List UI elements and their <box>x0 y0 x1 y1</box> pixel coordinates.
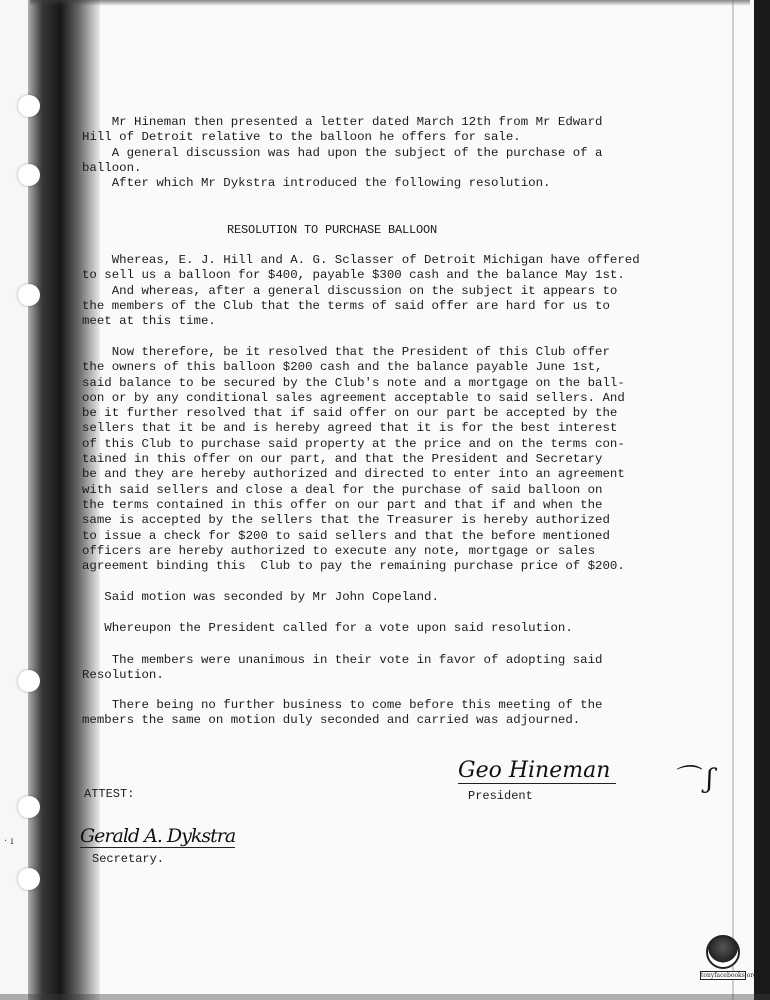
margin-mark: · ı <box>4 836 14 847</box>
punch-hole <box>18 95 40 117</box>
paragraph-resolved: Now therefore, be it resolved that the P… <box>82 345 682 574</box>
secretary-signature: Gerald A. Dykstra <box>80 825 235 848</box>
document-page: · ı Mr Hineman then presented a letter d… <box>0 0 770 1000</box>
paragraph-letter: Mr Hineman then presented a letter dated… <box>82 115 682 191</box>
secretary-label: Secretary. <box>92 852 164 866</box>
paragraph-vote-call: Whereupon the President called for a vot… <box>82 621 682 636</box>
president-signature: Geo Hineman <box>458 758 616 784</box>
paragraph-seconded: Said motion was seconded by Mr John Cope… <box>82 590 682 605</box>
paragraph-unanimous: The members were unanimous in their vote… <box>82 653 682 684</box>
top-edge <box>30 0 750 6</box>
president-label: President <box>468 789 533 803</box>
watermark-logo: tonyfacebooks.org <box>700 935 744 990</box>
balloon-icon <box>706 935 740 969</box>
paragraph-whereas: Whereas, E. J. Hill and A. G. Sclasser o… <box>82 253 682 329</box>
punch-hole <box>18 164 40 186</box>
right-page-edge <box>732 0 734 1000</box>
resolution-heading: RESOLUTION TO PURCHASE BALLOON <box>227 223 437 237</box>
attest-label: ATTEST: <box>84 787 134 801</box>
bottom-edge <box>0 994 770 1000</box>
paragraph-adjourned: There being no further business to come … <box>82 698 682 729</box>
punch-hole <box>18 868 40 890</box>
signature-flourish: ⌒ ʃ <box>672 758 713 795</box>
punch-hole <box>18 670 40 692</box>
watermark-text: tonyfacebooks.org <box>700 971 746 980</box>
punch-hole <box>18 284 40 306</box>
punch-hole <box>18 796 40 818</box>
right-border <box>754 0 770 1000</box>
